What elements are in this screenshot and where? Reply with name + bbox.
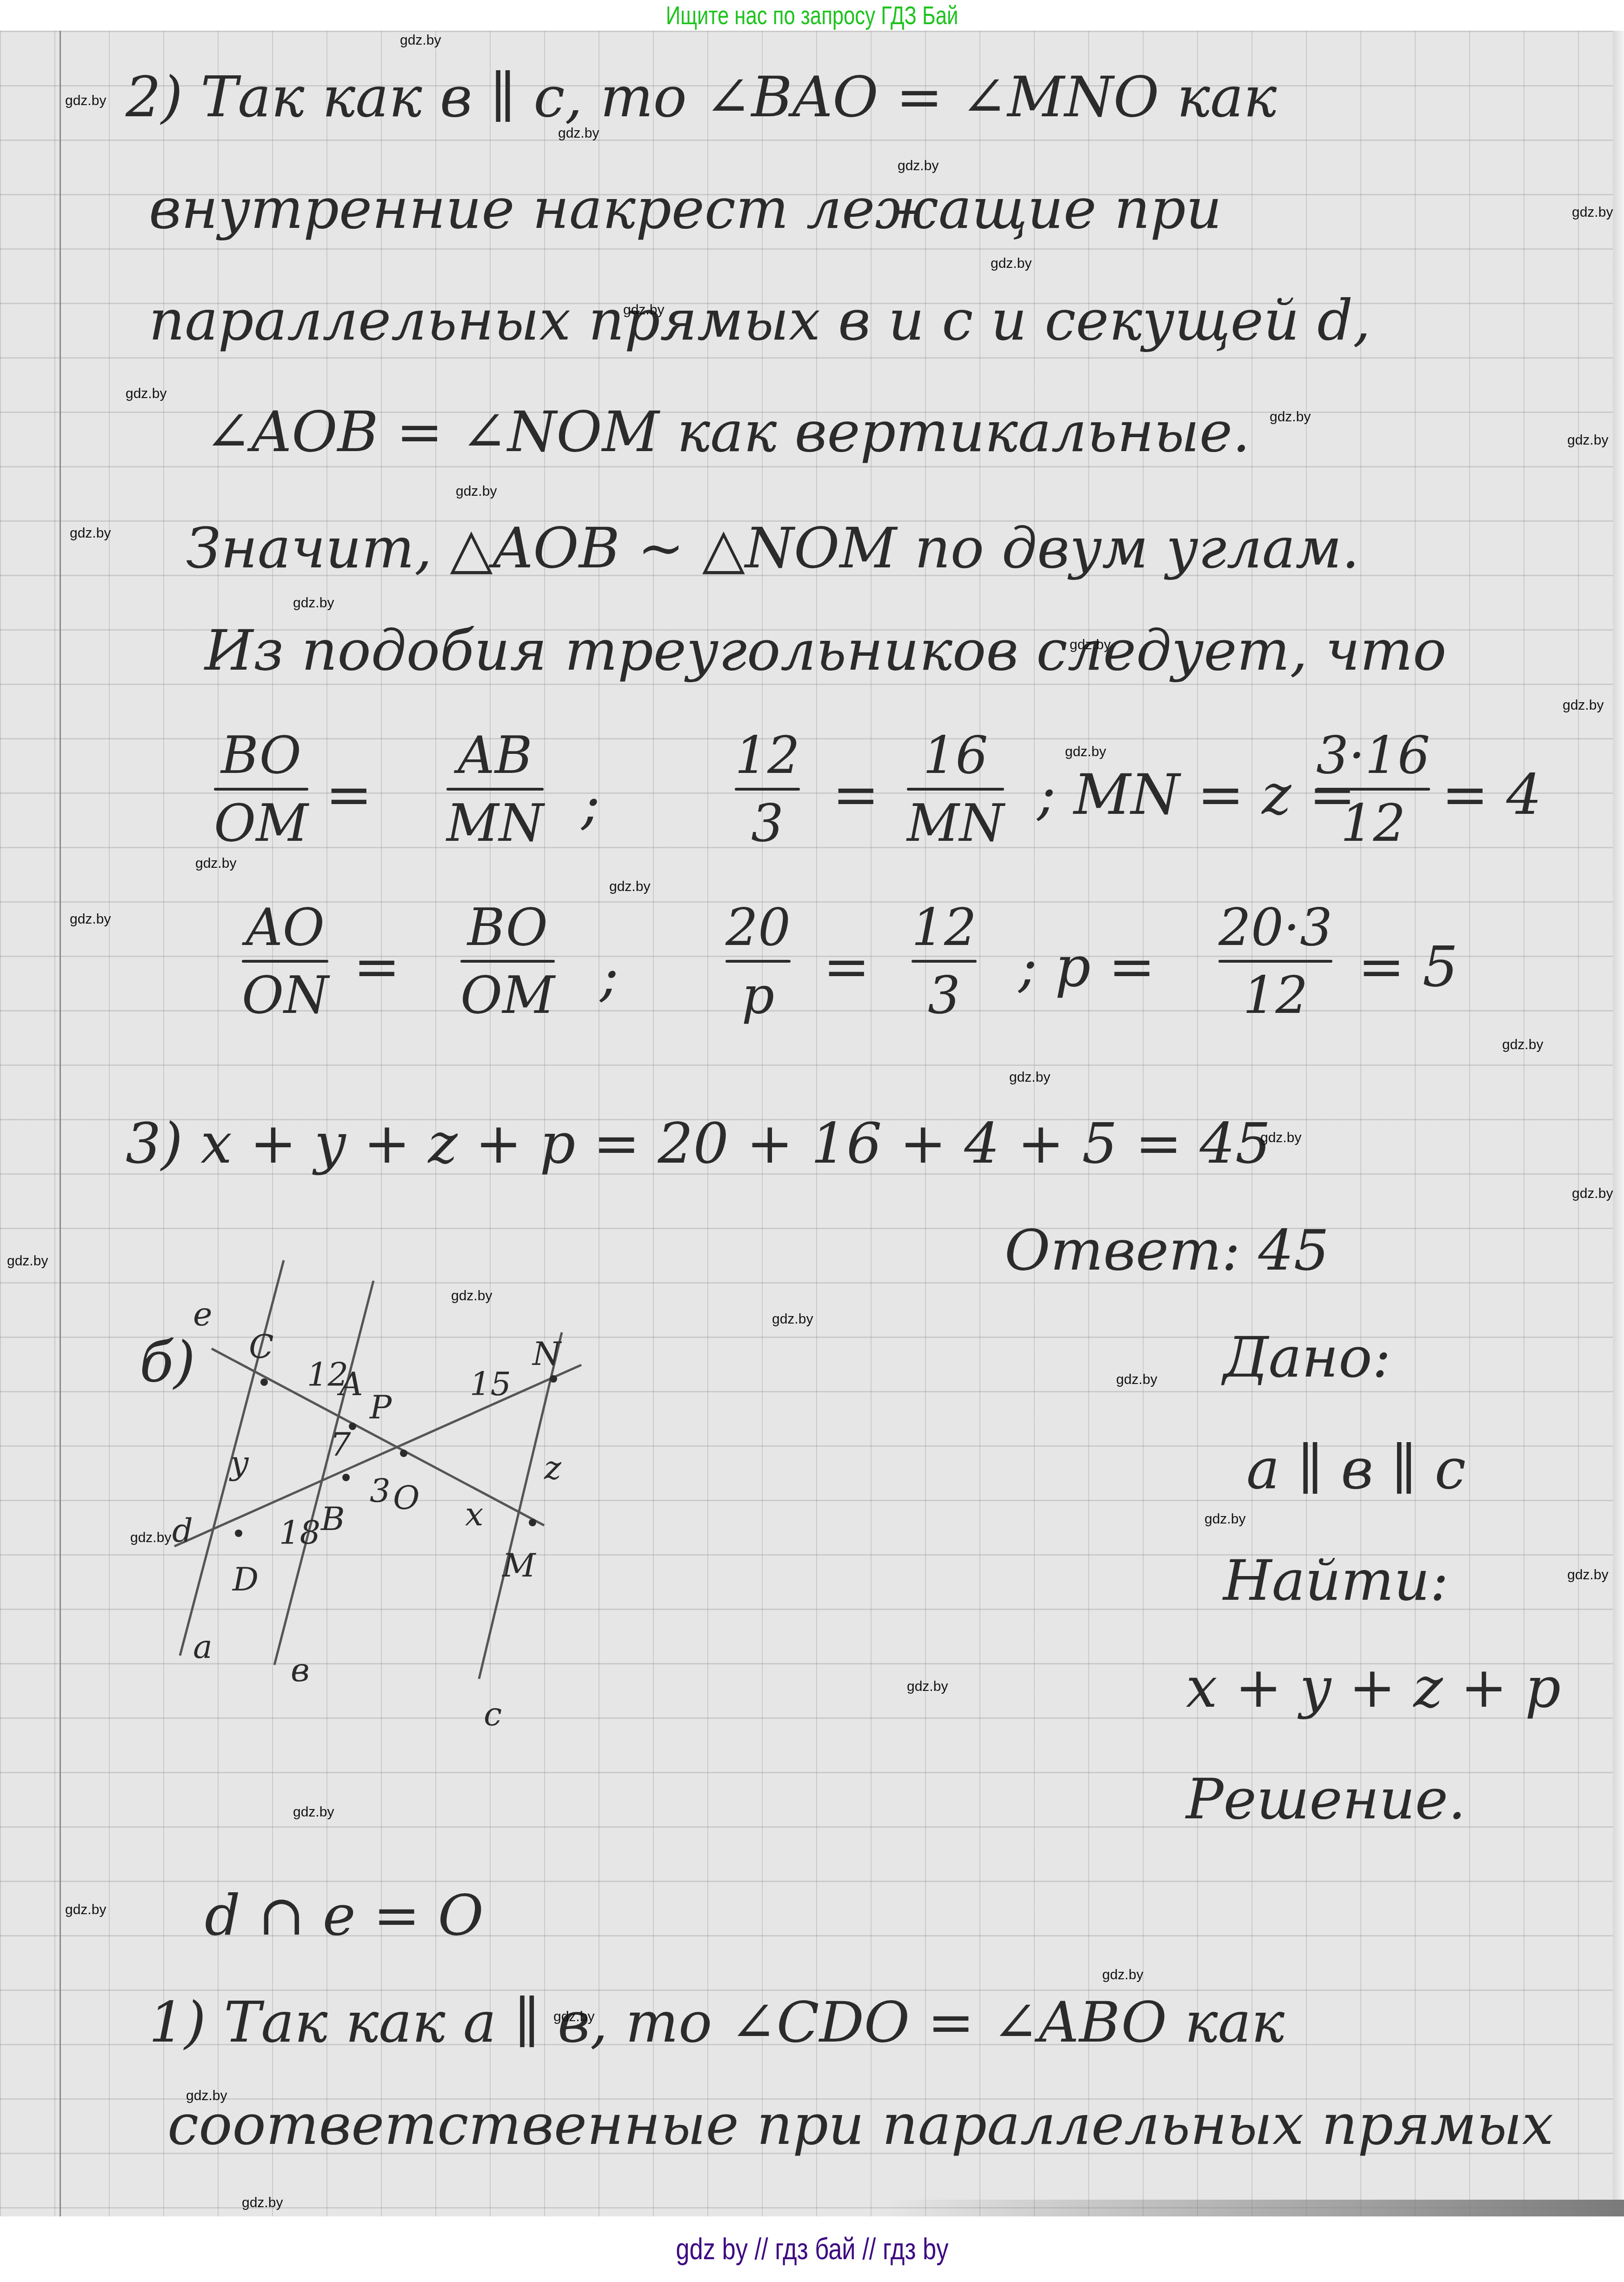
label-18: 18 <box>279 1514 320 1552</box>
label-D: D <box>232 1560 259 1598</box>
given-title: Дано: <box>1223 1325 1391 1390</box>
watermark: gdz.by <box>1116 1372 1157 1388</box>
watermark: gdz.by <box>126 386 166 402</box>
watermark: gdz.by <box>1502 1037 1543 1053</box>
watermark: gdz.by <box>1572 205 1613 220</box>
fraction-20-p: 20p <box>725 898 791 1025</box>
label-B: B <box>320 1500 345 1538</box>
p-result: = 5 <box>1358 935 1458 999</box>
separator: ; <box>581 772 600 837</box>
label-3: 3 <box>370 1472 391 1510</box>
given-condition: a ∥ в ∥ c <box>1246 1437 1466 1502</box>
step2-line-4: ∠AOB = ∠NOM как вертикальные. <box>205 400 1250 465</box>
label-y: y <box>229 1444 249 1482</box>
label-O: O <box>393 1479 419 1517</box>
step3-line: 3) x + y + z + p = 20 + 16 + 4 + 5 = 45 <box>126 1111 1271 1176</box>
fraction-20x3-12: 20·312 <box>1218 898 1332 1025</box>
label-P: P <box>369 1388 393 1426</box>
watermark: gdz.by <box>553 2009 594 2025</box>
bottom-banner: gdz by // гдз бай // гдз by <box>0 2216 1624 2282</box>
fraction-12-3: 123 <box>735 725 800 853</box>
watermark: gdz.by <box>772 1311 813 1327</box>
label-a: a <box>193 1628 213 1666</box>
watermark: gdz.by <box>1260 1130 1301 1146</box>
watermark: gdz.by <box>7 1253 48 1269</box>
line-b <box>274 1281 373 1665</box>
watermark: gdz.by <box>1009 1070 1050 1085</box>
label-z: z <box>544 1449 562 1487</box>
watermark: gdz.by <box>195 856 236 872</box>
label-7: 7 <box>330 1425 351 1464</box>
watermark: gdz.by <box>130 1530 171 1546</box>
fraction-ab-mn: ABMN <box>446 725 544 853</box>
step1-line-2: соответственные при параллельных прямых <box>167 2093 1553 2157</box>
watermark: gdz.by <box>1065 744 1106 760</box>
page-shadow <box>884 2200 1624 2218</box>
watermark: gdz.by <box>1572 1186 1613 1202</box>
fraction-ao-on: AOON <box>242 898 328 1025</box>
find-expression: x + y + z + p <box>1186 1656 1561 1720</box>
solution-title: Решение. <box>1186 1767 1466 1832</box>
watermark: gdz.by <box>456 484 497 499</box>
watermark: gdz.by <box>1567 432 1608 448</box>
watermark: gdz.by <box>1563 698 1604 713</box>
step2-line-5: Значит, △AOB ∼ △NOM по двум углам. <box>186 516 1359 581</box>
step2-line-6: Из подобия треугольников следует, что <box>205 619 1446 683</box>
watermark: gdz.by <box>400 33 441 48</box>
step1-line-1: 1) Так как a ∥ в, то ∠CDO = ∠ABO как <box>149 1990 1285 2055</box>
watermark: gdz.by <box>898 158 938 174</box>
step2-line-2: внутренние накрест лежащие при <box>149 177 1222 241</box>
z-result: = 4 <box>1442 763 1542 827</box>
watermark: gdz.by <box>1102 1967 1143 1983</box>
fraction-12-3-2: 123 <box>912 898 977 1025</box>
mn-equals-z: ; MN = z = <box>1037 763 1356 827</box>
p-equals: ; p = <box>1018 935 1155 999</box>
watermark: gdz.by <box>991 256 1032 272</box>
page-edge <box>1613 31 1624 2216</box>
footer-text: gdz by // гдз бай // гдз by <box>676 2216 948 2282</box>
top-banner: Ищите нас по запросу ГДЗ Бай <box>0 0 1624 31</box>
watermark: gdz.by <box>907 1679 948 1695</box>
label-x: x <box>465 1495 483 1533</box>
watermark: gdz.by <box>293 595 334 611</box>
fraction-16-mn: 16MN <box>907 725 1004 853</box>
step2-line-1: 2) Так как в ∥ с, то ∠BAO = ∠MNO как <box>126 65 1277 130</box>
watermark: gdz.by <box>1567 1567 1608 1583</box>
fraction-bo-om-2: BOOM <box>460 898 555 1025</box>
label-M: M <box>501 1546 537 1584</box>
watermark: gdz.by <box>558 126 599 141</box>
equals-sign: = <box>823 935 870 999</box>
intersection-line: d ∩ e = O <box>205 1883 484 1948</box>
watermark: gdz.by <box>65 1902 106 1918</box>
label-C: C <box>249 1328 274 1366</box>
watermark: gdz.by <box>186 2088 227 2104</box>
label-N: N <box>532 1335 562 1373</box>
watermark: gdz.by <box>70 526 111 541</box>
geometry-diagram: e C 12 A P 7 y 3 O B 18 d x D M 15 N z a… <box>140 1256 1209 1814</box>
margin-line <box>60 31 61 2216</box>
step2-line-3: параллельных прямых в и с и секущей d, <box>149 288 1371 353</box>
equals-sign: = <box>832 763 879 827</box>
watermark: gdz.by <box>1205 1511 1245 1527</box>
watermark: gdz.by <box>451 1288 492 1304</box>
watermark: gdz.by <box>65 93 106 109</box>
watermark: gdz.by <box>1070 637 1111 653</box>
watermark: gdz.by <box>70 911 111 927</box>
watermark: gdz.by <box>1270 409 1311 425</box>
watermark: gdz.by <box>609 879 650 895</box>
label-e: e <box>193 1295 212 1333</box>
watermark: gdz.by <box>623 302 664 318</box>
label-A: A <box>337 1365 363 1403</box>
label-d: d <box>172 1511 193 1550</box>
separator: ; <box>600 944 619 1009</box>
equals-sign: = <box>326 763 373 827</box>
fraction-bo-om: BOOM <box>214 725 308 853</box>
label-c: c <box>484 1695 502 1733</box>
equals-sign: = <box>353 935 400 999</box>
banner-text: Ищите нас по запросу ГДЗ Бай <box>666 0 958 31</box>
watermark: gdz.by <box>293 1804 334 1820</box>
label-15: 15 <box>470 1365 511 1403</box>
watermark: gdz.by <box>242 2195 283 2211</box>
fraction-3x16-12: 3·1612 <box>1316 725 1430 853</box>
find-title: Найти: <box>1223 1549 1449 1613</box>
label-b: в <box>291 1651 310 1689</box>
